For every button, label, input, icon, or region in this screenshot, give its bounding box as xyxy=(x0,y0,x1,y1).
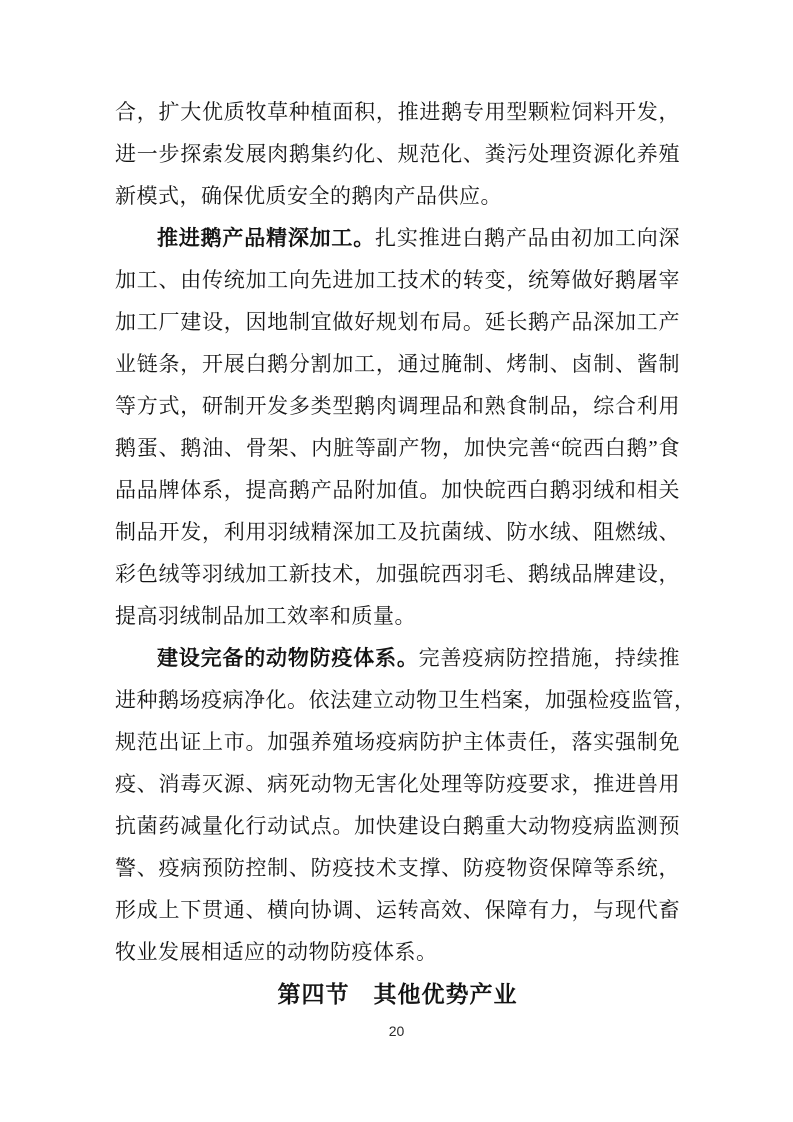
text-line: 彩色绒等羽绒加工新技术，加强皖西羽毛、鹅绒品牌建设， xyxy=(115,553,680,595)
body-text: 合，扩大优质牧草种植面积，推进鹅专用型颗粒饲料开发，进一步探索发展肉鹅集约化、规… xyxy=(115,91,680,973)
text-line: 规范出证上市。加强养殖场疫病防护主体责任，落实强制免 xyxy=(115,721,680,763)
text-line: 建设完备的动物防疫体系。完善疫病防控措施，持续推 xyxy=(115,637,680,679)
section-heading: 第四节 其他优势产业 xyxy=(115,973,680,1017)
text-line: 加工、由传统加工向先进加工技术的转变，统筹做好鹅屠宰 xyxy=(115,259,680,301)
text-line: 制品开发，利用羽绒精深加工及抗菌绒、防水绒、阻燃绒、 xyxy=(115,511,680,553)
text-line: 合，扩大优质牧草种植面积，推进鹅专用型颗粒饲料开发， xyxy=(115,91,680,133)
page-content: 合，扩大优质牧草种植面积，推进鹅专用型颗粒饲料开发，进一步探索发展肉鹅集约化、规… xyxy=(115,91,680,1017)
text-line: 形成上下贯通、横向协调、运转高效、保障有力，与现代畜 xyxy=(115,889,680,931)
text-line: 警、疫病预防控制、防疫技术支撑、防疫物资保障等系统， xyxy=(115,847,680,889)
text-line: 牧业发展相适应的动物防疫体系。 xyxy=(115,931,680,973)
text-line: 鹅蛋、鹅油、骨架、内脏等副产物，加快完善“皖西白鹅”食 xyxy=(115,427,680,469)
text-line: 业链条，开展白鹅分割加工，通过腌制、烤制、卤制、酱制 xyxy=(115,343,680,385)
text-line: 新模式，确保优质安全的鹅肉产品供应。 xyxy=(115,175,680,217)
text-line: 提高羽绒制品加工效率和质量。 xyxy=(115,595,680,637)
page-number: 20 xyxy=(0,1022,793,1040)
paragraph-lead-bold: 推进鹅产品精深加工。 xyxy=(157,226,375,250)
document-page: 合，扩大优质牧草种植面积，推进鹅专用型颗粒饲料开发，进一步探索发展肉鹅集约化、规… xyxy=(0,0,793,1122)
text-line: 进一步探索发展肉鹅集约化、规范化、粪污处理资源化养殖 xyxy=(115,133,680,175)
text-line: 推进鹅产品精深加工。扎实推进白鹅产品由初加工向深 xyxy=(115,217,680,259)
text-line: 抗菌药减量化行动试点。加快建设白鹅重大动物疫病监测预 xyxy=(115,805,680,847)
text-line: 等方式，研制开发多类型鹅肉调理品和熟食制品，综合利用 xyxy=(115,385,680,427)
text-line: 疫、消毒灭源、病死动物无害化处理等防疫要求，推进兽用 xyxy=(115,763,680,805)
text-line: 进种鹅场疫病净化。依法建立动物卫生档案，加强检疫监管， xyxy=(115,679,680,721)
paragraph-lead-bold: 建设完备的动物防疫体系。 xyxy=(157,646,419,670)
text-line: 加工厂建设，因地制宜做好规划布局。延长鹅产品深加工产 xyxy=(115,301,680,343)
text-line: 品品牌体系，提高鹅产品附加值。加快皖西白鹅羽绒和相关 xyxy=(115,469,680,511)
